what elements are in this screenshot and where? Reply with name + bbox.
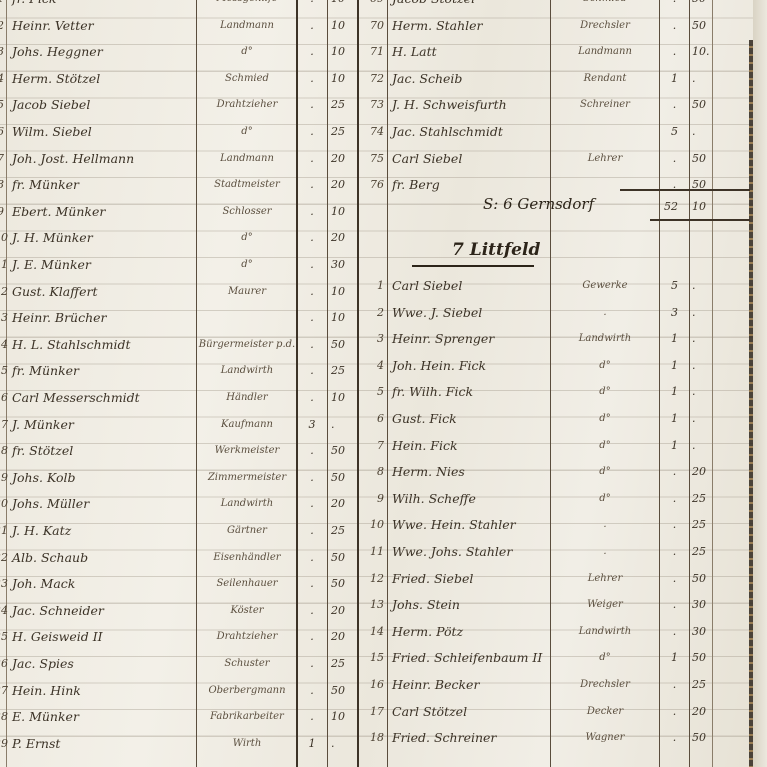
row-number: 6 [358, 406, 384, 432]
row-amount-a: . [661, 459, 688, 485]
row-amount-b: 10 [331, 199, 345, 225]
row-amount-a: . [661, 619, 688, 645]
row-number: 69 [358, 0, 384, 12]
ledger-row: 71H. LattLandmann.10. [0, 39, 767, 65]
row-amount-b: . [692, 433, 696, 459]
row-amount-a: 5 [661, 273, 688, 299]
row-name: Gust. Fick [392, 406, 457, 432]
row-name: Heinr. Sprenger [392, 326, 494, 352]
row-number: 10 [0, 225, 4, 251]
row-amount-b: . [692, 406, 696, 432]
row-name: Carl Siebel [392, 273, 462, 299]
ledger-row: 15Fried. Schleifenbaum IId°150 [0, 645, 767, 671]
row-name: Wwe. Johs. Stahler [392, 539, 512, 565]
ledger-row: 12Fried. SiebelLehrer.50 [0, 566, 767, 592]
row-amount-a: 1 [661, 326, 688, 352]
row-amount-a: . [661, 146, 688, 172]
row-amount-b: . [692, 353, 696, 379]
row-number: 70 [358, 13, 384, 39]
row-amount-b: . [692, 273, 696, 299]
row-number: 17 [358, 699, 384, 725]
row-occupation: d° [552, 353, 658, 379]
row-name: Jac. Scheib [392, 66, 462, 92]
row-amount-a: . [661, 699, 688, 725]
row-number: 15 [358, 645, 384, 671]
ledger-row: 74Jac. Stahlschmidt5. [0, 119, 767, 145]
row-amount-a: 1 [661, 379, 688, 405]
row-amount-a: 1 [661, 406, 688, 432]
row-name: Fried. Schleifenbaum II [392, 645, 542, 671]
row-name: Joh. Hein. Fick [392, 353, 486, 379]
row-occupation: Drechsler [552, 672, 658, 698]
row-occupation: Decker [552, 699, 658, 725]
row-name: H. Latt [392, 39, 437, 65]
row-amount-b: 10. [692, 39, 710, 65]
row-number: 9 [358, 486, 384, 512]
row-amount-b: 50 [692, 92, 706, 118]
row-amount-a: 5 [661, 119, 688, 145]
row-number: 7 [358, 433, 384, 459]
row-occupation: Drechsler [552, 13, 658, 39]
row-amount-b: 50 [692, 146, 706, 172]
row-amount-b: 25 [692, 512, 706, 538]
row-occupation: Gewerke [552, 273, 658, 299]
row-amount-b: 20 [692, 459, 706, 485]
row-occupation: Landmann [552, 39, 658, 65]
row-number: 10 [358, 512, 384, 538]
row-name: Wilh. Scheffe [392, 486, 476, 512]
row-number: 72 [358, 66, 384, 92]
row-name: Ebert. Münker [12, 199, 105, 225]
row-occupation: . [552, 512, 658, 538]
ledger-row: 73J. H. SchweisfurthSchreiner.50 [0, 92, 767, 118]
row-occupation: d° [552, 459, 658, 485]
row-number: 5 [358, 379, 384, 405]
row-number: 18 [358, 725, 384, 751]
row-number: 2 [358, 300, 384, 326]
row-amount-a: . [298, 199, 326, 225]
row-amount-a: . [661, 566, 688, 592]
row-amount-a: 1 [661, 645, 688, 671]
ledger-row: 6Gust. Fickd°1. [0, 406, 767, 432]
row-name: J. H. Münker [12, 225, 93, 251]
row-number: 16 [358, 672, 384, 698]
row-number: 76 [358, 172, 384, 198]
row-number: 14 [358, 619, 384, 645]
row-amount-a: 3 [661, 300, 688, 326]
row-name: Heinr. Becker [392, 672, 479, 698]
row-occupation: Lehrer [552, 566, 658, 592]
row-occupation: Lehrer [552, 146, 658, 172]
row-name: Johs. Stein [392, 592, 460, 618]
row-amount-b: . [692, 119, 696, 145]
section-7-title-underline [412, 265, 534, 267]
row-amount-b: . [692, 326, 696, 352]
row-amount-a: 1 [661, 433, 688, 459]
row-amount-b: 25 [692, 672, 706, 698]
row-number: 11 [358, 539, 384, 565]
row-amount-a: . [298, 225, 326, 251]
ledger-row: 8Herm. Niesd°.20 [0, 459, 767, 485]
row-amount-b: . [692, 66, 696, 92]
row-occupation: Schlosser [198, 199, 296, 225]
row-occupation: Landwirth [552, 326, 658, 352]
row-amount-b: 50 [692, 725, 706, 751]
row-name: J. H. Schweisfurth [392, 92, 507, 118]
row-occupation: d° [198, 225, 296, 251]
ledger-row: 16Heinr. BeckerDrechsler.25 [0, 672, 767, 698]
ledger-row: 1Carl SiebelGewerke5. [0, 273, 767, 299]
section-6-subtotal-a: 52 [664, 197, 678, 217]
row-number: 12 [358, 566, 384, 592]
row-amount-a: . [661, 0, 688, 12]
row-occupation: d° [552, 645, 658, 671]
ledger-row: 76fr. Berg.50 [0, 172, 767, 198]
row-name: Hein. Fick [392, 433, 458, 459]
row-number: 71 [358, 39, 384, 65]
row-occupation: . [552, 300, 658, 326]
ledger-row: 69Jacob StötzelSchmied.50 [0, 0, 767, 12]
ledger-page: 1fr. FickMessgehilfe.102Heinr. VetterLan… [0, 0, 767, 767]
row-amount-b: 20 [331, 225, 345, 251]
row-occupation: Wagner [552, 725, 658, 751]
row-name: fr. Wilh. Fick [392, 379, 473, 405]
ledger-row: 13Johs. SteinWeiger.30 [0, 592, 767, 618]
row-number: 13 [358, 592, 384, 618]
row-amount-a: . [661, 539, 688, 565]
row-amount-a: . [661, 592, 688, 618]
section-6-subtotal-label: S: 6 Gernsdorf [483, 195, 594, 213]
ledger-row: 3Heinr. SprengerLandwirth1. [0, 326, 767, 352]
row-occupation: d° [552, 379, 658, 405]
row-occupation: Landwirth [552, 619, 658, 645]
row-occupation: Schreiner [552, 92, 658, 118]
ledger-row: 18Fried. SchreinerWagner.50 [0, 725, 767, 751]
row-name: fr. Berg [392, 172, 440, 198]
ledger-row: 11Wwe. Johs. Stahler..25 [0, 539, 767, 565]
row-amount-b: . [692, 300, 696, 326]
ledger-row: 7Hein. Fickd°1. [0, 433, 767, 459]
row-amount-a: . [661, 39, 688, 65]
row-name: Carl Stötzel [392, 699, 467, 725]
row-amount-a: 1 [661, 353, 688, 379]
row-amount-b: 50 [692, 566, 706, 592]
row-name: Herm. Stahler [392, 13, 483, 39]
row-amount-b: 30 [692, 619, 706, 645]
row-occupation: Weiger [552, 592, 658, 618]
section-7-title: 7 Littfeld [452, 240, 540, 260]
row-amount-b: 50 [692, 172, 706, 198]
row-number: 1 [358, 273, 384, 299]
row-amount-a: 1 [661, 66, 688, 92]
ledger-row: 5fr. Wilh. Fickd°1. [0, 379, 767, 405]
row-amount-b: 25 [692, 539, 706, 565]
row-name: Wwe. Hein. Stahler [392, 512, 516, 538]
row-number: 3 [358, 326, 384, 352]
ledger-row: 72Jac. ScheibRendant1. [0, 66, 767, 92]
row-number: 9 [0, 199, 4, 225]
row-amount-b: 50 [692, 645, 706, 671]
ledger-row: 17Carl StötzelDecker.20 [0, 699, 767, 725]
ledger-row: 10Wwe. Hein. Stahler..25 [0, 512, 767, 538]
row-amount-b: 50 [692, 13, 706, 39]
row-number: 74 [358, 119, 384, 145]
ledger-row: 75Carl SiebelLehrer.50 [0, 146, 767, 172]
row-occupation: . [552, 539, 658, 565]
section-6-subtotal-b: 10 [692, 197, 706, 217]
row-amount-a: . [661, 13, 688, 39]
row-amount-b: 25 [692, 486, 706, 512]
row-amount-b: 50 [692, 0, 706, 12]
row-amount-a: . [661, 672, 688, 698]
ledger-row: 2Wwe. J. Siebel.3. [0, 300, 767, 326]
ledger-row: 9Wilh. Scheffed°.25 [0, 486, 767, 512]
row-amount-a: . [661, 172, 688, 198]
ledger-row: 10J. H. Münkerd°.20 [0, 225, 767, 251]
row-amount-b: 30 [692, 592, 706, 618]
row-number: 4 [358, 353, 384, 379]
row-name: Jac. Stahlschmidt [392, 119, 503, 145]
ledger-row: 4Joh. Hein. Fickd°1. [0, 353, 767, 379]
row-name: Wwe. J. Siebel [392, 300, 482, 326]
row-amount-a: . [661, 725, 688, 751]
row-name: Jacob Stötzel [392, 0, 475, 12]
row-amount-a: . [661, 92, 688, 118]
row-number: 75 [358, 146, 384, 172]
row-occupation: d° [552, 486, 658, 512]
row-occupation: d° [552, 406, 658, 432]
ledger-row: 70Herm. StahlerDrechsler.50 [0, 13, 767, 39]
row-number: 8 [358, 459, 384, 485]
row-name: Carl Siebel [392, 146, 462, 172]
row-name: Herm. Nies [392, 459, 465, 485]
row-occupation: Schmied [552, 0, 658, 12]
row-amount-a: . [661, 486, 688, 512]
row-name: Fried. Schreiner [392, 725, 496, 751]
row-occupation: d° [552, 433, 658, 459]
row-name: Fried. Siebel [392, 566, 473, 592]
row-name: Herm. Pötz [392, 619, 463, 645]
row-amount-b: 20 [692, 699, 706, 725]
row-occupation: Rendant [552, 66, 658, 92]
row-amount-a: . [661, 512, 688, 538]
ledger-row: 14Herm. PötzLandwirth.30 [0, 619, 767, 645]
row-number: 73 [358, 92, 384, 118]
row-amount-b: . [692, 379, 696, 405]
ledger-row: 9Ebert. MünkerSchlosser.10 [0, 199, 767, 225]
